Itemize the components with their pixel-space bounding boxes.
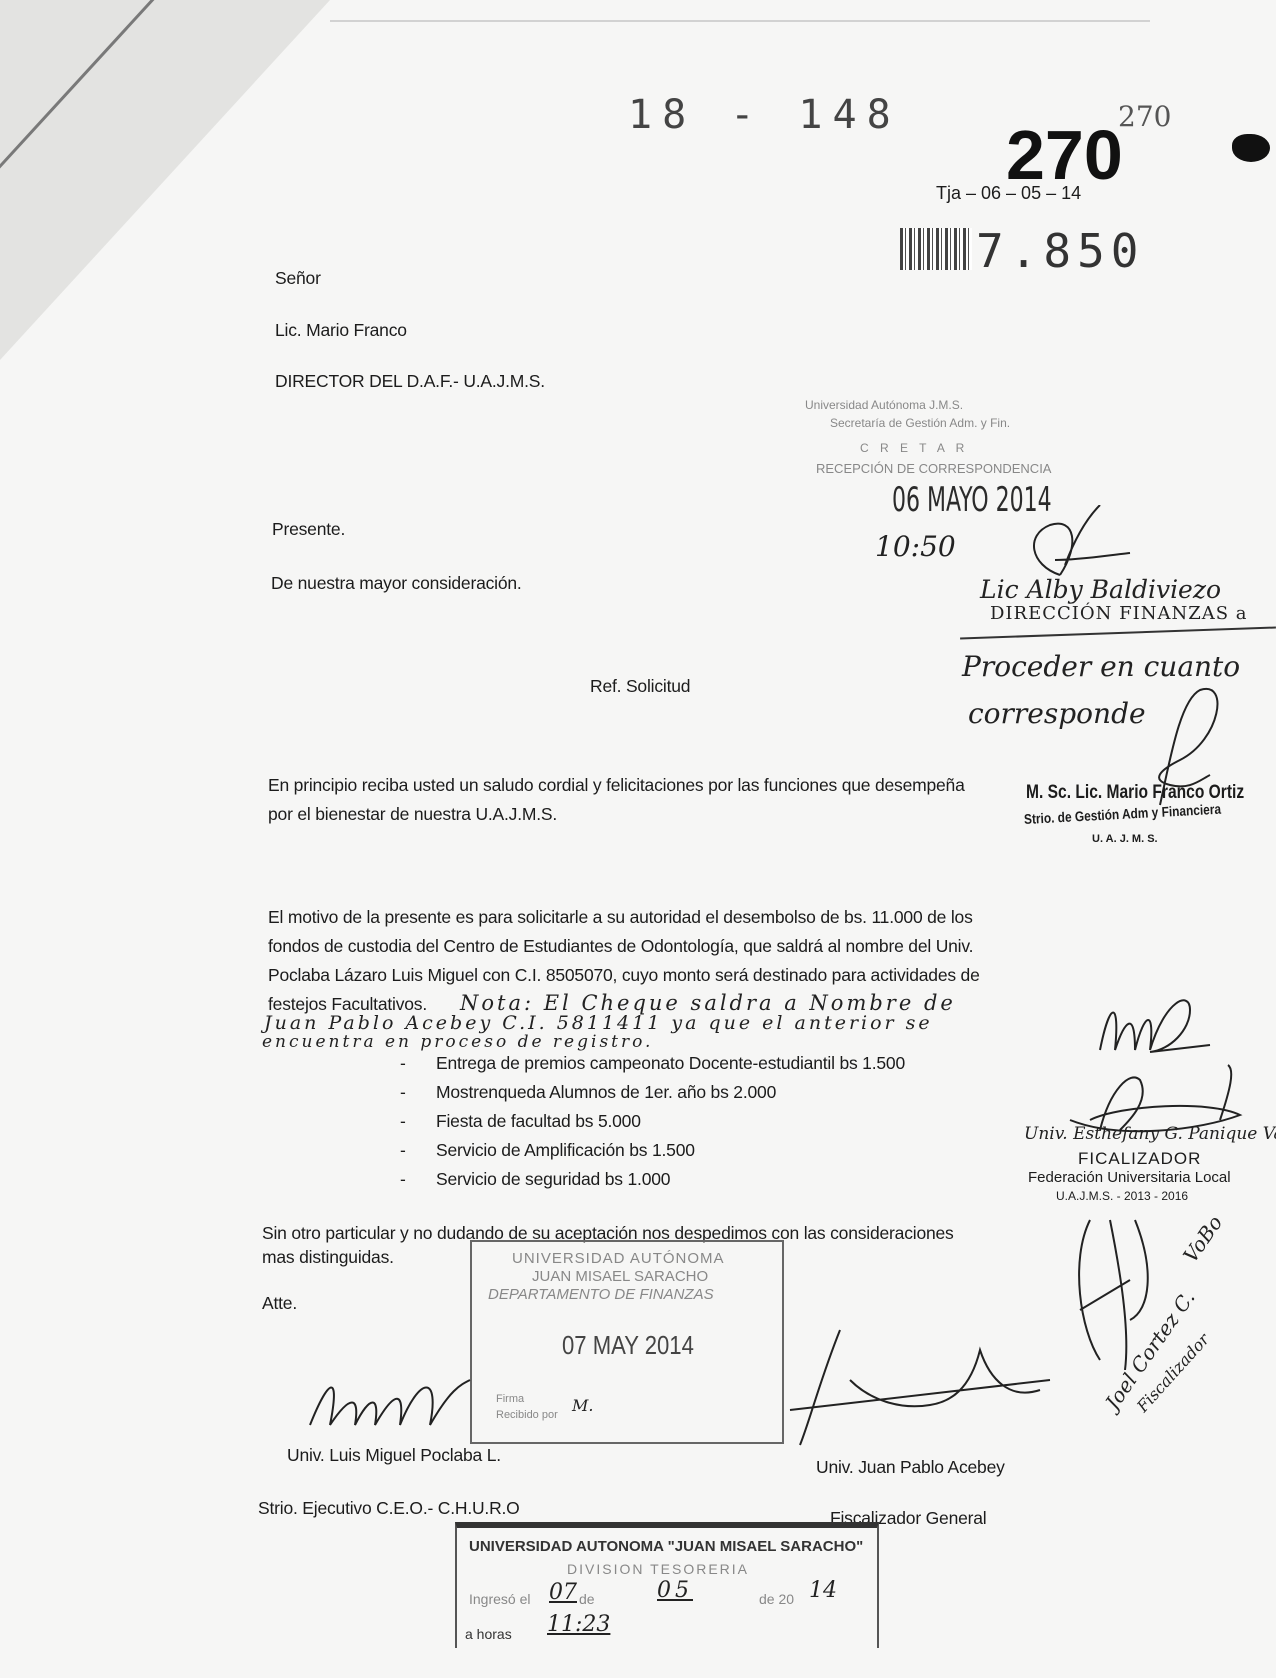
atte: Atte. xyxy=(262,1292,297,1314)
director-role-handwritten: DIRECCIÓN FINANZAS a xyxy=(990,603,1248,624)
ingreso-year: 14 xyxy=(809,1578,837,1603)
treasury-stamp: UNIVERSIDAD AUTONOMA "JUAN MISAEL SARACH… xyxy=(455,1522,879,1648)
salutation: Señor xyxy=(275,267,321,289)
reception-stamp-line2: Secretaría de Gestión Adm. y Fin. xyxy=(830,416,1010,430)
poclaba-signature-icon xyxy=(1090,990,1220,1070)
finance-recibido-label: Recibido por xyxy=(496,1404,558,1426)
motive-line1: El motivo de la presente es para solicit… xyxy=(268,906,973,928)
signatory-1-name: Univ. Luis Miguel Poclaba L. xyxy=(287,1444,501,1466)
instruction-line2: corresponde xyxy=(968,697,1146,730)
intro-line1: En principio reciba usted un saludo cord… xyxy=(268,774,965,796)
bullet-dash: - xyxy=(400,1052,406,1074)
horas-label: a horas xyxy=(465,1623,512,1645)
bullet-dash: - xyxy=(400,1168,406,1190)
closing-line2: mas distinguidas. xyxy=(262,1246,394,1268)
finance-recibido-value: M. xyxy=(572,1396,593,1415)
scanned-letter-page: 18 - 148 270 270 Tja – 06 – 05 – 14 7.85… xyxy=(0,0,1276,1678)
stamp-secretary-org: U. A. J. M. S. xyxy=(1092,828,1158,850)
note-line2: Juan Pablo Acebey C.I. 5811411 ya que el… xyxy=(264,1012,933,1034)
fiscal-name: Univ. Esthefany G. Panique Vásquez xyxy=(1024,1124,1276,1144)
reception-stamp-line4: RECEPCIÓN DE CORRESPONDENCIA xyxy=(816,461,1051,476)
ink-blot xyxy=(1232,134,1270,162)
folio-number: 270 xyxy=(1006,118,1123,192)
location-date: Tja – 06 – 05 – 14 xyxy=(936,182,1081,204)
folded-corner xyxy=(0,0,330,360)
note-line3: encuentra en proceso de registro. xyxy=(262,1032,653,1052)
reception-time: 10:50 xyxy=(875,530,956,563)
expense-item: Servicio de seguridad bs 1.000 xyxy=(436,1168,670,1190)
vobo-label: VoBo xyxy=(1178,1211,1227,1267)
reception-stamp-line3: C R E T A R xyxy=(860,441,968,455)
juan-acebey-signature-icon xyxy=(780,1320,1060,1450)
bullet-dash: - xyxy=(400,1110,406,1132)
ingreso-month: 05 xyxy=(657,1578,693,1603)
expense-item: Entrega de premios campeonato Docente-es… xyxy=(436,1052,905,1074)
luis-poclaba-signature-icon xyxy=(300,1370,500,1440)
signatory-1-role: Strio. Ejecutivo C.E.O.- C.H.U.R.O xyxy=(258,1497,520,1519)
reference: Ref. Solicitud xyxy=(590,675,690,697)
file-number: 18 - 148 xyxy=(628,92,901,138)
instruction-line1: Proceder en cuanto xyxy=(962,650,1240,683)
intro-line2: por el bienestar de nuestra U.A.J.M.S. xyxy=(268,803,557,825)
barcode-number: 7.850 xyxy=(976,226,1144,276)
finance-stamp-date: 07 MAY 2014 xyxy=(562,1334,694,1356)
bullet-dash: - xyxy=(400,1081,406,1103)
barcode-icon xyxy=(900,228,972,270)
folio-handwritten: 270 xyxy=(1118,100,1171,133)
finance-stamp-line3: DEPARTAMENTO DE FINANZAS xyxy=(488,1284,714,1306)
annotation-underline xyxy=(960,626,1276,639)
horas-value: 11:23 xyxy=(547,1612,610,1637)
director-signature-icon xyxy=(1020,505,1140,585)
ingreso-de-label: de xyxy=(579,1588,595,1610)
treasury-stamp-line2: DIVISION TESORERIA xyxy=(567,1558,749,1580)
motive-line2: fondos de custodia del Centro de Estudia… xyxy=(268,935,973,957)
finance-stamp: UNIVERSIDAD AUTÓNOMA JUAN MISAEL SARACHO… xyxy=(470,1240,784,1444)
bullet-dash: - xyxy=(400,1139,406,1161)
reception-stamp-line1: Universidad Autónoma J.M.S. xyxy=(805,398,963,412)
addressee-title: DIRECTOR DEL D.A.F.- U.A.J.M.S. xyxy=(275,370,545,392)
ingreso-label: Ingresó el xyxy=(469,1588,530,1610)
scan-edge-line xyxy=(330,20,1150,22)
expense-item: Servicio de Amplificación bs 1.500 xyxy=(436,1139,695,1161)
presente: Presente. xyxy=(272,518,345,540)
ingreso-de-year-label: de 20 xyxy=(759,1588,794,1610)
director-name-handwritten: Lic Alby Baldiviezo xyxy=(980,575,1221,604)
fiscal-period: U.A.J.M.S. - 2013 - 2016 xyxy=(1056,1185,1188,1207)
greeting: De nuestra mayor consideración. xyxy=(271,572,522,594)
treasury-stamp-line1: UNIVERSIDAD AUTONOMA "JUAN MISAEL SARACH… xyxy=(469,1536,863,1558)
addressee-name: Lic. Mario Franco xyxy=(275,319,407,341)
motive-line3: Poclaba Lázaro Luis Miguel con C.I. 8505… xyxy=(268,964,980,986)
ingreso-day: 07 xyxy=(549,1580,577,1605)
signatory-2-name: Univ. Juan Pablo Acebey xyxy=(816,1456,1005,1478)
expense-item: Mostrenqueda Alumnos de 1er. año bs 2.00… xyxy=(436,1081,776,1103)
expense-item: Fiesta de facultad bs 5.000 xyxy=(436,1110,641,1132)
